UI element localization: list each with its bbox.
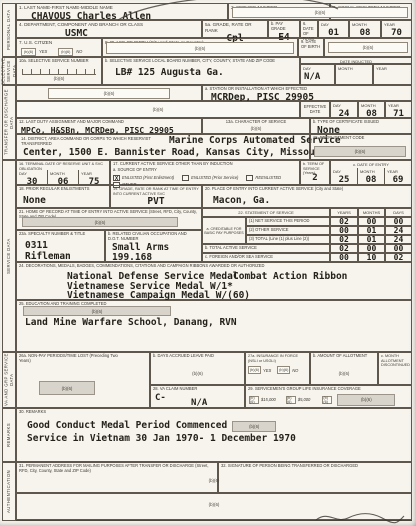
field-decorations-cell: 24. DECORATIONS, MEDALS, BADGES, COMMEND… [16, 262, 412, 300]
redaction-box: (b)(6) [48, 88, 170, 99]
field-remarks-label: 30. REMARKS [17, 409, 411, 416]
statement-row-label: (3) TOTAL (Line (1) plus Line (2)) [246, 235, 330, 244]
insurance-yes-label: YES [263, 368, 271, 373]
field-specialty-label: 23a. SPECIALTY NUMBER & TITLE [17, 231, 104, 238]
statement-row-label: (1) NET SERVICE THIS PERIOD [246, 217, 330, 226]
statement-value: 00 [358, 244, 385, 253]
checkbox-reenlisted [246, 175, 253, 181]
field-place-of-entry-label: 20. PLACE OF ENTRY INTO CURRENT ACTIVE S… [203, 186, 411, 193]
statement-row-label: (2) OTHER SERVICE [246, 226, 330, 235]
field-leave-paid-label: b. DAYS ACCRUED LEAVE PAID [151, 353, 244, 360]
effective-date-month: MONTH 08 [358, 101, 385, 118]
date-of-rank-year-value: 70 [382, 28, 411, 38]
section-service-data: SERVICE DATA [2, 160, 16, 352]
effective-date-label-cell: EFFECTIVE DATE [300, 101, 330, 118]
redaction-box: (b)(6) [337, 394, 395, 406]
field-grade-at-entry-value: PVT [111, 197, 201, 207]
effective-date-year: YEAR 71 [385, 101, 412, 118]
field-ss-number-cell: 10a. SELECTIVE SERVICE NUMBER (b)(6) [16, 57, 102, 85]
redaction-box: (b)(6) [286, 396, 296, 404]
statement-of-service-header: 22. STATEMENT OF SERVICE [202, 208, 330, 217]
effective-date-label: EFFECTIVE DATE [301, 104, 329, 116]
month-header: MONTH [359, 102, 384, 109]
date-inducted-day-value: N/A [301, 72, 334, 82]
date-inducted-day: DAY N/A [300, 64, 335, 85]
statement-value: 00 [385, 244, 412, 253]
redaction-box: (b)(6) [58, 48, 73, 56]
effective-date-day: DAY 24 [330, 101, 358, 118]
field-grade-at-entry-cell: 19. GRADE, RATE OR RANK AT TIME OF ENTRY… [110, 185, 202, 208]
checkbox-enlisted-prior [182, 175, 189, 181]
month-header: MONTH [336, 65, 372, 72]
statement-value: 00 [330, 253, 358, 262]
field-va-claim-prefix: C- [155, 394, 166, 404]
field-mailing-address-label: 31. PERMANENT ADDRESS FOR MAILING PURPOS… [17, 463, 217, 475]
statement-years-header: YEARS [330, 208, 358, 217]
insurance-no-label: NO [292, 368, 298, 373]
year-header: YEAR [79, 170, 109, 177]
redaction-text: (b)(6) [311, 371, 377, 376]
statement-row-label: c. FOREIGN AND/OR SEA SERVICE [202, 253, 330, 262]
redaction-text: (b)(6) [16, 475, 412, 485]
field-source-of-entry-cell: 17. CURRENT ACTIVE SERVICE OTHER THAN BY… [110, 160, 300, 185]
redaction-text: (b)(6) [151, 371, 244, 376]
redaction-box: (b)(6) [106, 42, 294, 54]
date-inducted-month: MONTH [335, 64, 373, 85]
field-ss-board-cell: b. SELECTIVE SERVICE LOCAL BOARD NUMBER,… [102, 57, 300, 85]
day-header: DAY [17, 170, 47, 177]
field-place-of-entry-cell: 20. PLACE OF ENTRY INTO CURRENT ACTIVE S… [202, 185, 412, 208]
year-header: YEAR [374, 65, 411, 72]
statement-value: 02 [330, 217, 358, 226]
field-allotment-amount-cell: b. AMOUNT OF ALLOTMENT (b)(6) [310, 352, 378, 385]
field-insurance-in-force-label: 27a. INSURANCE IN FORCE (NSLI or USGLI) [246, 353, 309, 364]
month-header: MONTH [358, 168, 384, 175]
field-allotment-discontinued-label: c. MONTH ALLOTMENT DISCONTINUED [379, 353, 411, 369]
field-education-value: Land Mine Warfare School, Danang, RVN [25, 318, 237, 328]
field-character-label: 13a. CHARACTER OF SERVICE [203, 119, 309, 126]
field-last-duty-cell: 12. LAST DUTY ASSIGNMENT AND MAJOR COMMA… [16, 118, 202, 134]
redaction-box: (b)(6) [248, 366, 261, 374]
field-terminal-date-cell: 16. TERMINAL DATE OF RESERVE UNIT & SVC … [16, 160, 110, 185]
field-ss-board-label: b. SELECTIVE SERVICE LOCAL BOARD NUMBER,… [103, 58, 299, 65]
entry-day-value: 25 [331, 175, 357, 185]
field-specialty-number: 0311 [25, 241, 48, 251]
field-sgli-label: 29. SERVICEMEN'S GROUP LIFE INSURANCE CO… [246, 386, 411, 393]
redaction-box: (b)(6) [232, 421, 276, 432]
field-term-of-service-cell: b. TERM OF SERVICE (Years) 2 [300, 160, 330, 185]
remarks-line: Service in Vietnam 30 Jan 1970- 1 Decemb… [27, 434, 296, 444]
month-header: MONTH [48, 170, 78, 177]
sgli-amount-label: $5,000 [298, 397, 311, 402]
entry-month-value: 08 [358, 175, 384, 185]
field-nonpay-cell: 26a. NON-PAY PERIODS/TIME LOST (Precedin… [16, 352, 150, 408]
field-date-of-entry-cell: c. DATE OF ENTRY DAY25 MONTH08 YEAR69 [330, 160, 412, 185]
checkbox-enlisted-first: X [113, 175, 120, 181]
field-citizen-cell: 7. U.S. CITIZEN (b)(6) YES (b)(6) NO [16, 38, 102, 57]
field-sgli-cell: 29. SERVICEMEN'S GROUP LIFE INSURANCE CO… [245, 385, 412, 408]
statement-value: 02 [330, 235, 358, 244]
redaction-box: (b)(6) [23, 306, 171, 316]
checkbox-enlisted-first-label: ENLISTED (First Enlistment) [122, 175, 174, 180]
field-remarks-cell: 30. REMARKS Good Conduct Medal Period Co… [16, 408, 412, 462]
statement-value: 00 [385, 217, 412, 226]
day-header: DAY [331, 102, 357, 109]
field-signature-label: 32. SIGNATURE OF PERSON BEING TRANSFERRE… [219, 463, 411, 470]
statement-value: 02 [385, 253, 412, 262]
field-education-cell: 25. EDUCATION AND TRAINING COMPLETED (b)… [16, 300, 412, 352]
field-certificate-cell: b. TYPE OF CERTIFICATE ISSUED None [310, 118, 412, 134]
year-header: YEAR [386, 102, 411, 109]
field-reenlistment-code-label: 15. REENLISTMENT CODE [311, 135, 411, 142]
field-date-of-entry-label: c. DATE OF ENTRY [331, 161, 411, 168]
statement-value: 24 [385, 226, 412, 235]
date-inducted-year: YEAR [373, 64, 412, 85]
field-civilian-occupation-cell: b. RELATED CIVILIAN OCCUPATION AND D.O.T… [105, 230, 202, 262]
scanned-form-page: PERSONAL DATA SELECTIVE SERVICE DATA TRA… [0, 0, 416, 526]
redaction-box: (b)(6) [22, 217, 178, 227]
year-header: YEAR [385, 168, 411, 175]
statement-value: 24 [385, 235, 412, 244]
field-prior-enlistments-cell: 18. PRIOR REGULAR ENLISTMENTS None [16, 185, 110, 208]
scan-pen-mark [0, 0, 416, 24]
redaction-box: (b)(6) [277, 366, 290, 374]
statement-value: 00 [330, 226, 358, 235]
field-citizen-label: 7. U.S. CITIZEN [17, 39, 101, 47]
field-insurance-in-force-cell: 27a. INSURANCE IN FORCE (NSLI or USGLI) … [245, 352, 310, 385]
statement-value: 02 [330, 244, 358, 253]
field-allotment-discontinued-cell: c. MONTH ALLOTMENT DISCONTINUED [378, 352, 412, 385]
date-of-rank-day-value: 01 [319, 28, 348, 38]
field-prior-enlistments-value: None [17, 193, 109, 206]
field-decorations-label: 24. DECORATIONS, MEDALS, BADGES, COMMEND… [17, 263, 411, 270]
checkbox-reenlisted-label: REENLISTED [255, 175, 281, 180]
statement-days-header: DAYS [385, 208, 412, 217]
field-prior-enlistments-label: 18. PRIOR REGULAR ENLISTMENTS [17, 186, 109, 193]
field-character-cell: 13a. CHARACTER OF SERVICE (b)(6) [202, 118, 310, 134]
field-date-of-birth-label: 9. DATE OF BIRTH [299, 39, 323, 51]
field-station-cell: a. STATION OR INSTALLATION AT WHICH EFFE… [202, 85, 412, 101]
field-place-of-entry-value: Macon, Ga. [203, 193, 411, 206]
section-selective-service: SELECTIVE SERVICE DATA [2, 57, 16, 85]
signature-scribble [312, 506, 408, 526]
field-va-claim-label: 28. VA CLAIM NUMBER [151, 386, 244, 393]
statement-value: 01 [358, 226, 385, 235]
statement-value: 00 [358, 217, 385, 226]
field-va-claim-cell: 28. VA CLAIM NUMBER C- N/A [150, 385, 245, 408]
redaction-box: (b)(6) [328, 42, 408, 53]
remarks-line: Good Conduct Medal Period Commenced [27, 421, 227, 431]
field-ss-number-label: 10a. SELECTIVE SERVICE NUMBER [17, 58, 101, 65]
field-nonpay-label: 26a. NON-PAY PERIODS/TIME LOST (Precedin… [17, 353, 121, 365]
redaction-text: (b)(6) [17, 76, 101, 81]
field-term-of-service-value: 2 [301, 173, 329, 183]
decoration-line: Combat Action Ribbon [233, 272, 347, 282]
statement-months-header: MONTHS [358, 208, 385, 217]
field-reservist-cell: 14. DISTRICT, AREA COMMAND OR CORPS TO W… [16, 134, 310, 160]
section-remarks: REMARKS [2, 408, 16, 462]
day-header: DAY [331, 168, 357, 175]
redaction-box: (b)(6) [314, 146, 406, 157]
field-ss-board-value: LB# 125 Augusta Ga. [103, 65, 299, 78]
statement-value: 01 [358, 235, 385, 244]
day-header: DAY [301, 65, 334, 72]
field-allotment-amount-label: b. AMOUNT OF ALLOTMENT [311, 353, 377, 360]
statement-group-a-label: a. CREDITABLE FOR BASIC PAY PURPOSES [202, 217, 246, 244]
field-date-of-birth-label-cell: 9. DATE OF BIRTH [298, 38, 324, 57]
sgli-amount-label: $15,000 [261, 397, 276, 402]
field-reason-redacted: (b)(6) [16, 101, 300, 118]
redaction-box: (b)(6) [39, 381, 95, 395]
checkbox-enlisted-prior-label: ENLISTED (Prior Service) [191, 175, 238, 180]
field-specialty-title: Rifleman [25, 252, 71, 262]
statement-of-service-label: 22. STATEMENT OF SERVICE [203, 209, 329, 216]
section-va-grp: VA AND GRP SERVICE DATA [2, 352, 16, 408]
redaction-box: (b)(6) [322, 396, 332, 404]
redaction-box: (b)(6) [21, 48, 36, 56]
date-inducted-header-cell: DATE INDUCTED [300, 57, 412, 64]
statement-value: 10 [358, 253, 385, 262]
citizen-no-label: NO [76, 49, 82, 54]
redaction-box: (b)(6) [249, 396, 259, 404]
digit-tick-marks [22, 69, 96, 75]
field-specialty-cell: 23a. SPECIALTY NUMBER & TITLE 0311 Rifle… [16, 230, 105, 262]
statement-row-label: b. TOTAL ACTIVE SERVICE [202, 244, 330, 253]
citizen-yes-label: YES [39, 49, 47, 54]
section-transfer-discharge: TRANSFER OR DISCHARGE DATA [2, 85, 16, 160]
field-leave-paid-cell: b. DAYS ACCRUED LEAVE PAID (b)(6) [150, 352, 245, 385]
entry-year-value: 69 [385, 175, 411, 185]
date-of-rank-month-value: 08 [350, 28, 380, 38]
redaction-text: (b)(6) [203, 126, 309, 131]
section-authentication: AUTHENTICATION [2, 462, 16, 521]
